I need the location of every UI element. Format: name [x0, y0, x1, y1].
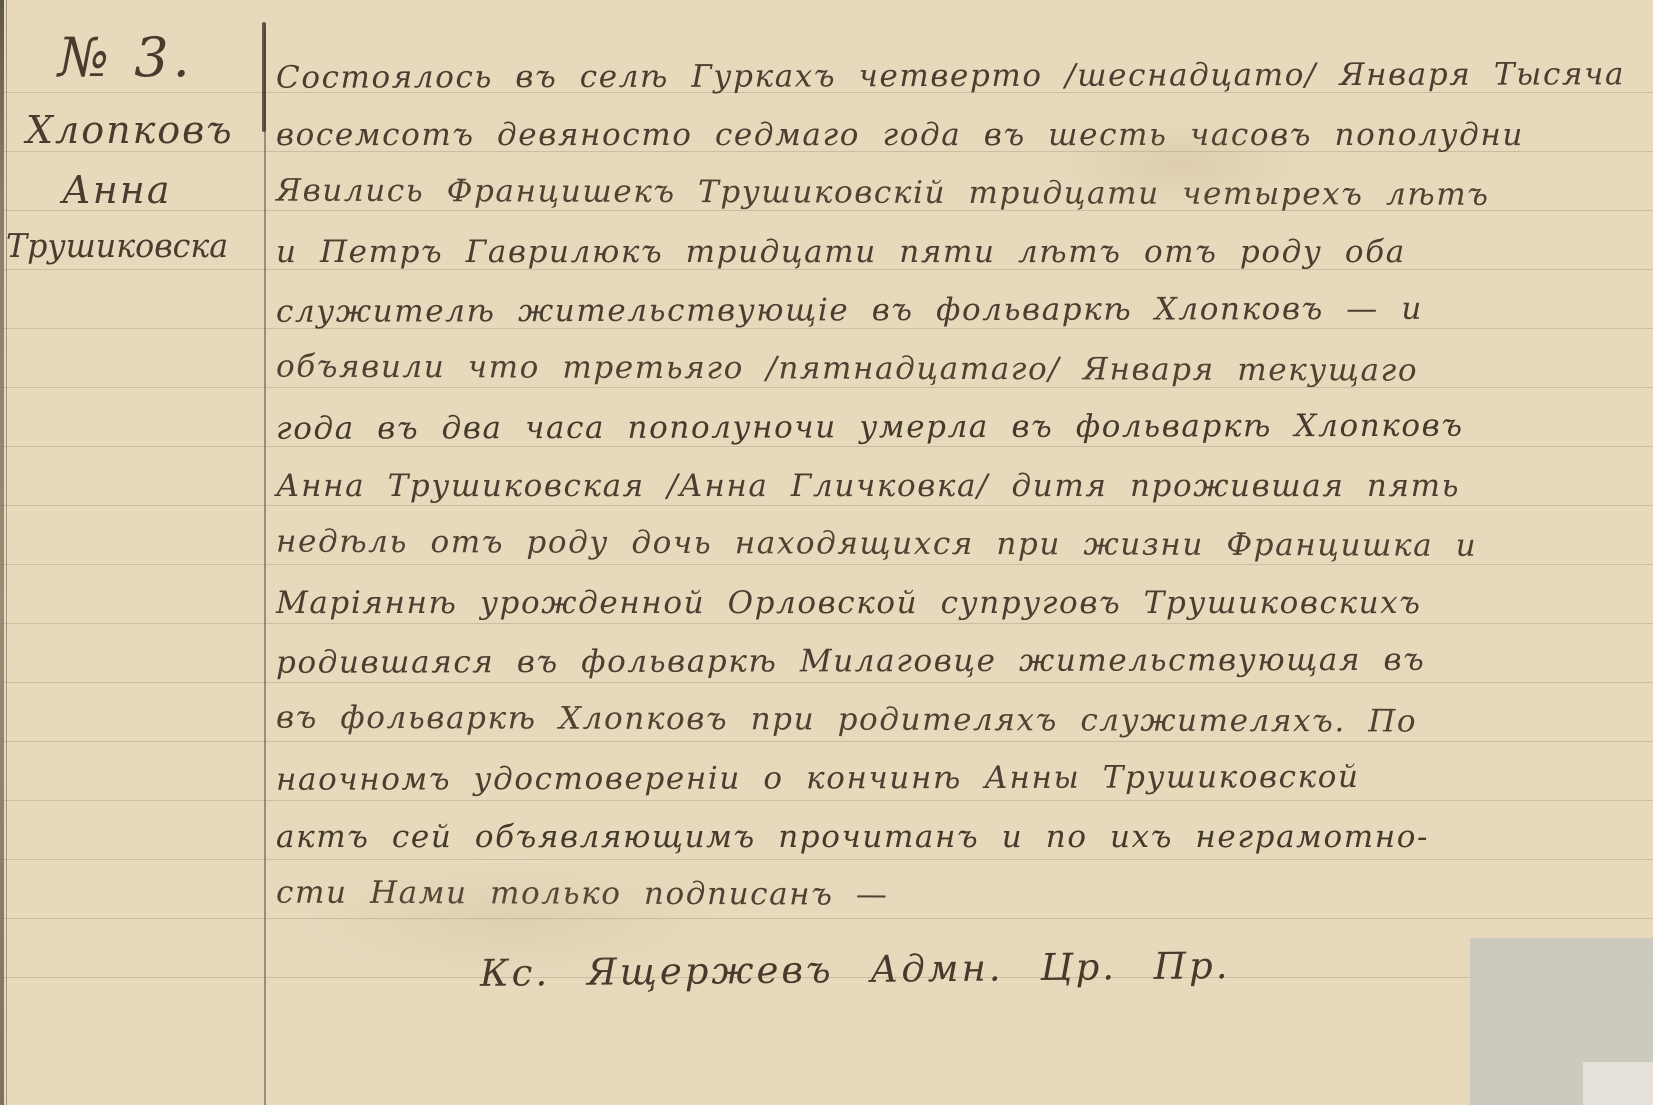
margin-name-line: Анна	[62, 168, 172, 212]
handwritten-line: сти Нами только подписанъ —	[276, 875, 1648, 938]
handwritten-line: восемсотъ девяносто седмаго года въ шест…	[276, 117, 1648, 176]
margin-column-divider	[264, 25, 266, 1105]
handwritten-line: Состоялось въ селѣ Гуркахъ четверто /шес…	[276, 56, 1648, 118]
handwritten-line: и Петръ Гаврилюкъ тридцати пяти лѣтъ отъ…	[276, 234, 1648, 293]
handwritten-line: года въ два часа пополуночи умерла въ фо…	[276, 407, 1648, 469]
scan-left-edge	[0, 0, 4, 1105]
margin-name-line: Трушиковска	[6, 226, 228, 265]
handwritten-line: актъ сей объявляющимъ прочитанъ и по ихъ…	[276, 819, 1648, 878]
record-number: № 3.	[58, 26, 194, 89]
handwritten-line: въ фольваркѣ Хлопковъ при родителяхъ слу…	[276, 699, 1648, 762]
left-margin-rule	[6, 0, 7, 1105]
scanned-register-page: № 3. Хлопковъ Анна Трушиковска Состоялос…	[0, 0, 1653, 1105]
record-body-text: Состоялось въ селѣ Гуркахъ четверто /шес…	[276, 58, 1648, 936]
scan-artifact-light-patch	[1583, 1062, 1653, 1105]
handwritten-line: Явились Францишекъ Трушиковскій тридцати…	[276, 173, 1648, 236]
margin-name-line: Хлопковъ	[26, 108, 234, 152]
handwritten-line: объявили что третьяго /пятнадцатаго/ Янв…	[276, 348, 1648, 411]
margin-column-divider-top	[262, 22, 266, 132]
priest-signature: Кс. Ящержевъ Адмн. Цр. Пр.	[480, 944, 1231, 995]
handwritten-line: Анна Трушиковская /Анна Гличковка/ дитя …	[276, 468, 1648, 527]
handwritten-line: служителѣ жительствующіе въ фольваркѣ Хл…	[276, 290, 1648, 352]
handwritten-line: Маріяннѣ урожденной Орловской супруговъ …	[276, 585, 1648, 644]
handwritten-line: недѣль отъ роду дочь находящихся при жиз…	[276, 524, 1648, 587]
handwritten-line: наочномъ удостовереніи о кончинѣ Анны Тр…	[276, 758, 1648, 820]
handwritten-line: родившаяся въ фольваркѣ Милаговце житель…	[276, 641, 1648, 703]
